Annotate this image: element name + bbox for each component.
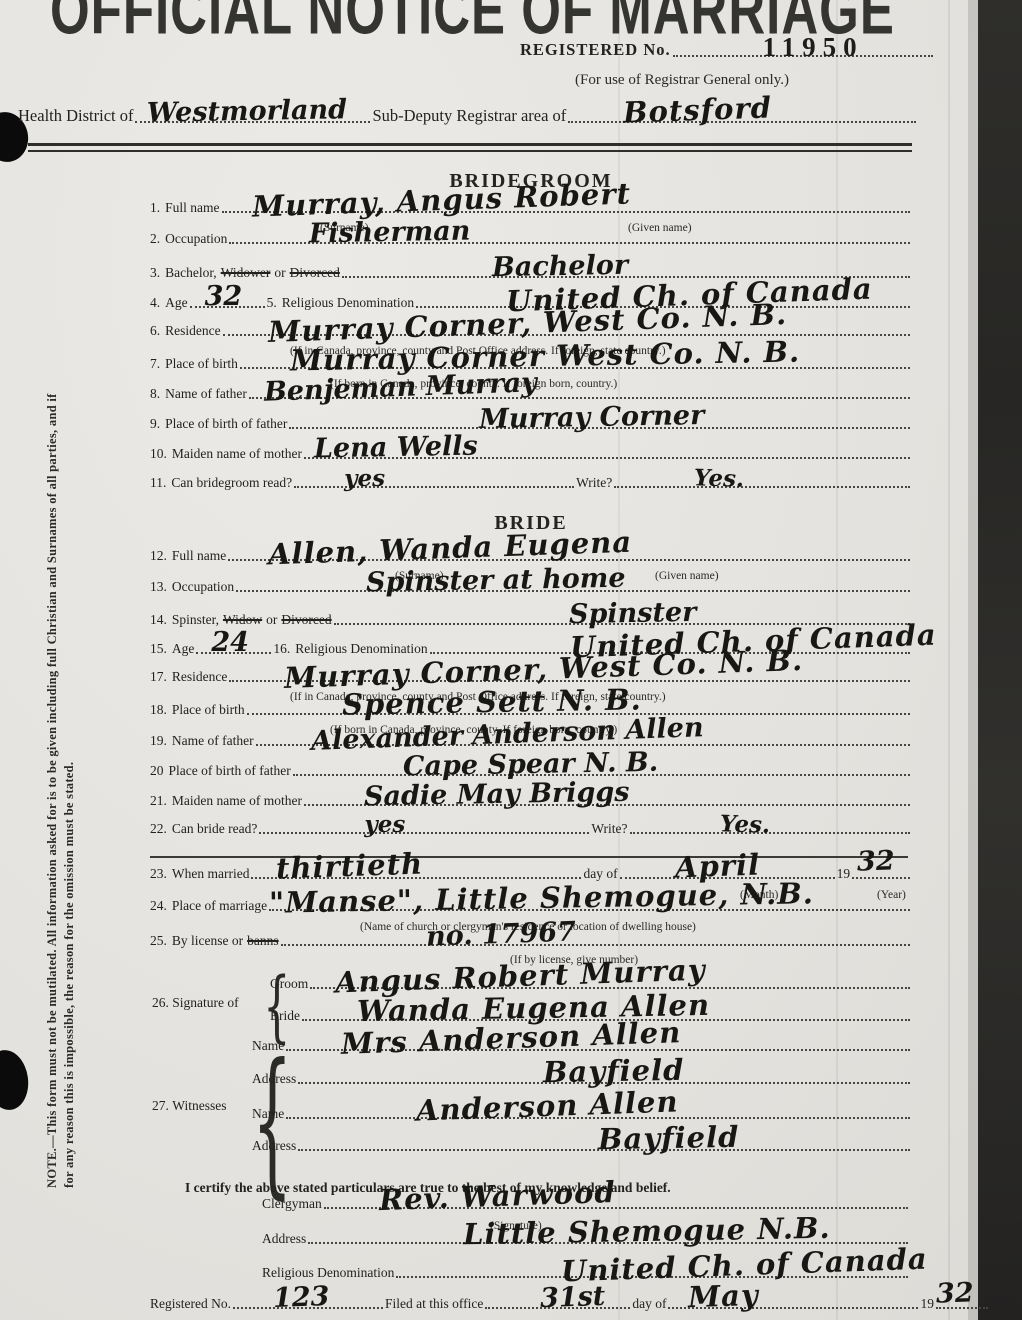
field-line: Cape Spear N. B. [293, 774, 910, 776]
bride-status-value: Spinster [568, 599, 696, 628]
witness-2-name-value: Anderson Allen [416, 1087, 679, 1125]
struck-widower: Widower [221, 265, 271, 281]
field-label: Maiden name of mother [172, 793, 302, 809]
witness-2-address-value: Bayfield [598, 1123, 740, 1154]
bride-read-value: yes [364, 813, 405, 836]
field-label: Can bride read? [172, 821, 257, 837]
field-num: 14. [150, 612, 167, 628]
field-label: Age [172, 641, 195, 657]
groom-occupation-value: Fisherman [309, 218, 471, 248]
field-num: 17. [150, 669, 167, 685]
groom-father-value: Benjeman Murray [263, 369, 537, 406]
field-label: Bachelor, [165, 265, 217, 281]
field-bride-father-birthplace: 20 Place of birth of father Cape Spear N… [150, 763, 912, 779]
license-number-value: no. 17967 [425, 918, 576, 950]
field-num: 10. [150, 446, 167, 462]
field-line: Murray Corner, West Co. N. B. [229, 680, 910, 682]
field-line: Murray Corner, West Co. N. B. [223, 334, 910, 336]
witnesses-label: 27. Witnesses [152, 1098, 226, 1114]
health-district-dotline: Westmorland [135, 121, 370, 123]
field-groom-full-name: 1. Full name Murray, Angus Robert [150, 200, 912, 216]
field-num: 18. [150, 702, 167, 718]
name-label: Name [252, 1038, 284, 1054]
punch-hole-bottom [0, 1047, 32, 1112]
witness-1-address-value: Bayfield [543, 1056, 685, 1087]
field-num: 27. [152, 1098, 169, 1113]
footer-day-of-label: day of [632, 1296, 666, 1312]
field-line: Fisherman [229, 242, 910, 244]
bride-occupation-value: Spinster at home [366, 565, 626, 597]
witness-1-address-row: Address Bayfield [252, 1071, 912, 1087]
field-label: Place of birth [172, 702, 245, 718]
field-line: Allen, Wanda Eugena [228, 559, 910, 561]
registered-dotline: 11950 [673, 55, 933, 57]
field-label: Place of birth [165, 356, 238, 372]
field-bride-father: 19. Name of father Alexander Anderson Al… [150, 733, 912, 749]
field-bride-mother: 21. Maiden name of mother Sadie May Brig… [150, 793, 912, 809]
field-line: United Ch. of Canada [396, 1276, 908, 1278]
field-line: Murray Corner [289, 427, 910, 429]
clergyman-row: Clergyman Rev. Warwood [262, 1196, 910, 1212]
field-line: 123 [233, 1307, 383, 1309]
field-num: 3. [150, 265, 160, 281]
field-num: 20 [150, 763, 164, 779]
field-line: Rev. Warwood [324, 1207, 908, 1209]
field-label: Full name [172, 548, 226, 564]
groom-father-birthplace-value: Murray Corner [479, 402, 705, 433]
field-num: 12. [150, 548, 167, 564]
bride-father-birthplace-value: Cape Spear N. B. [402, 749, 658, 780]
bride-mother-value: Sadie May Briggs [364, 779, 630, 811]
field-bride-full-name: 12. Full name Allen, Wanda Eugena [150, 548, 912, 564]
header-double-rule [28, 143, 912, 152]
scan-edge-band [978, 0, 1022, 1320]
field-line: thirtieth [251, 877, 581, 879]
field-license: 25. By license or banns no. 17967 [150, 931, 912, 949]
field-label: Name of father [172, 733, 254, 749]
field-line: Sadie May Briggs [304, 804, 910, 806]
field-line: Murray Corner West Co. N. B. [240, 367, 910, 369]
denomination-row: Religious Denomination United Ch. of Can… [262, 1265, 910, 1281]
write-label: Write? [576, 475, 612, 491]
field-label: Residence [172, 669, 227, 685]
field-label: Witnesses [172, 1098, 226, 1113]
field-label: Place of marriage [172, 898, 267, 914]
field-num: 26. [152, 995, 169, 1010]
sub-deputy-label: Sub-Deputy Registrar area of [372, 106, 566, 126]
field-label: By license or [172, 933, 243, 949]
field-bride-birthplace: 18. Place of birth Spence Sett N. B. [150, 702, 912, 718]
field-label: Occupation [172, 579, 234, 595]
field-bride-residence: 17. Residence Murray Corner, West Co. N.… [150, 669, 912, 685]
scanned-marriage-form: OFFICIAL NOTICE OF MARRIAGE REGISTERED N… [0, 0, 1022, 1320]
struck-divorced: Divorced [281, 612, 331, 628]
field-num: 1. [150, 200, 160, 216]
clergyman-signature-value: Rev. Warwood [378, 1178, 616, 1215]
field-groom-father: 8. Name of father Benjeman Murray [150, 386, 912, 402]
field-line3: 32 [852, 877, 910, 879]
address-label: Address [252, 1138, 296, 1154]
married-day-word: thirtieth [276, 849, 424, 883]
signature-of-label: 26. Signature of [152, 995, 239, 1011]
field-num: 24. [150, 898, 167, 914]
bride-age-value: 24 [211, 629, 249, 656]
groom-age-value: 32 [205, 283, 243, 310]
field-label2: Religious Denomination [282, 295, 414, 311]
sub-deputy-dotline: Botsford [568, 121, 916, 123]
field-line: 32 [190, 306, 265, 308]
field-bride-literacy: 22. Can bride read? yes Write? Yes. [150, 821, 912, 837]
field-line: Spinster at home [236, 590, 910, 592]
groom-status-value: Bachelor [492, 252, 629, 281]
field-groom-father-birthplace: 9. Place of birth of father Murray Corne… [150, 416, 912, 432]
field-line: Alexander Anderson Allen [256, 744, 910, 746]
bride-birthplace-value: Spence Sett N. B. [341, 685, 641, 719]
field-label: Residence [165, 323, 220, 339]
field-num: 2. [150, 231, 160, 247]
field-line3: May [668, 1307, 918, 1309]
field-label2: Religious Denomination [295, 641, 427, 657]
groom-birthplace-value: Murray Corner West Co. N. B. [290, 338, 801, 376]
field-bride-occupation: 13. Occupation Spinster at home [150, 579, 912, 595]
footer-year-printed: 19 [920, 1296, 934, 1312]
field-label: Can bridegroom read? [171, 475, 292, 491]
field-num2: 16. [273, 641, 290, 657]
field-groom-occupation: 2. Occupation Fisherman [150, 231, 912, 247]
field-line: Spence Sett N. B. [247, 713, 910, 715]
field-num: 4. [150, 295, 160, 311]
filed-day-value: 31st [540, 1283, 606, 1312]
health-district-value: Westmorland [147, 96, 347, 126]
place-of-marriage-value: "Manse", Little Shemogue, N.B. [269, 879, 814, 918]
struck-divorced: Divorced [290, 265, 340, 281]
footer-year-value: 32 [936, 1279, 974, 1307]
field-num: 6. [150, 323, 160, 339]
write-label: Write? [591, 821, 627, 837]
groom-mother-value: Lena Wells [314, 433, 478, 463]
registrar-general-note: (For use of Registrar General only.) [575, 72, 789, 89]
groom-read-value: yes [344, 467, 385, 490]
field-label-mid: or [274, 265, 285, 281]
field-groom-mother: 10. Maiden name of mother Lena Wells [150, 446, 912, 462]
field-line: 24 [196, 652, 271, 654]
sub-deputy-value: Botsford [623, 93, 773, 127]
field-line: Anderson Allen [286, 1117, 910, 1119]
field-label: Name of father [165, 386, 247, 402]
bride-label: Bride [270, 1008, 300, 1024]
struck-widow: Widow [223, 612, 262, 628]
field-label: When married [172, 866, 250, 882]
scan-edge-shadow [968, 0, 978, 1320]
field-num: 8. [150, 386, 160, 402]
struck-banns: banns [247, 933, 279, 949]
field-num: 9. [150, 416, 160, 432]
field-num: 15. [150, 641, 167, 657]
witness-2-name-row: Name Anderson Allen [252, 1106, 912, 1122]
field-line: Benjeman Murray [249, 397, 910, 399]
registered-label: REGISTERED No. [520, 40, 671, 60]
registered-no-line: REGISTERED No. 11950 [520, 40, 935, 60]
field-line4: 32 [936, 1307, 988, 1309]
clergyman-address-value: Little Shemogue N.B. [463, 1214, 831, 1249]
field-label: Place of birth of father [165, 416, 287, 432]
field-line2: 31st [485, 1307, 630, 1309]
field-num: 7. [150, 356, 160, 372]
field-line: Bayfield [298, 1082, 910, 1084]
field-line2: Yes. [630, 832, 910, 834]
field-label: Occupation [165, 231, 227, 247]
footer-month-value: May [688, 1281, 760, 1312]
address-label: Address [262, 1231, 306, 1247]
field-num: 23. [150, 866, 167, 882]
registered-no-stamp: 11950 [763, 34, 864, 61]
field-num: 22. [150, 821, 167, 837]
field-line: Mrs Anderson Allen [286, 1049, 910, 1051]
field-label: Spinster, [172, 612, 219, 628]
field-label: Place of birth of father [169, 763, 291, 779]
field-label-mid: or [266, 612, 277, 628]
field-groom-literacy: 11. Can bridegroom read? yes Write? Yes. [150, 475, 912, 491]
field-label: Maiden name of mother [172, 446, 302, 462]
side-note: NOTE.—This form must not be mutilated. A… [44, 388, 78, 1188]
witness-1-name-row: Name Mrs Anderson Allen [252, 1038, 912, 1054]
groom-label: Groom [270, 976, 308, 992]
field-num: 11. [150, 475, 166, 491]
field-line: yes [294, 486, 574, 488]
field-num2: 5. [267, 295, 277, 311]
field-num: 21. [150, 793, 167, 809]
health-district-line: Health District of Westmorland Sub-Deput… [18, 106, 918, 126]
field-line: yes [259, 832, 589, 834]
address-label: Address [252, 1071, 296, 1087]
field-label: Age [165, 295, 188, 311]
field-line: Lena Wells [304, 457, 910, 459]
field-line2: Yes. [614, 486, 910, 488]
field-num: 19. [150, 733, 167, 749]
field-line: Bayfield [298, 1149, 910, 1151]
name-label: Name [252, 1106, 284, 1122]
footer-row: Registered No. 123 Filed at this office … [150, 1296, 990, 1312]
section-rule [150, 856, 908, 858]
field-line: no. 17967 [281, 944, 910, 946]
field-num: 25. [150, 933, 167, 949]
filed-label: Filed at this office [385, 1296, 483, 1312]
denomination-label: Religious Denomination [262, 1265, 394, 1281]
bride-write-value: Yes. [719, 812, 770, 836]
field-line: Murray, Angus Robert [222, 211, 911, 213]
footer-registered-label: Registered No. [150, 1296, 231, 1312]
field-line: "Manse", Little Shemogue, N.B. [269, 909, 910, 911]
clergyman-label: Clergyman [262, 1196, 322, 1212]
field-num: 13. [150, 579, 167, 595]
groom-write-value: Yes. [694, 466, 745, 490]
health-district-label: Health District of [18, 106, 133, 126]
witness-2-address-row: Address Bayfield [252, 1138, 912, 1154]
field-label: Full name [165, 200, 219, 216]
field-label: Signature of [172, 995, 238, 1010]
footer-registered-value: 123 [273, 1283, 330, 1312]
field-line: Little Shemogue N.B. [308, 1242, 908, 1244]
year-printed: 19 [837, 866, 851, 882]
married-year-value: 32 [857, 847, 895, 875]
field-place-of-marriage: 24. Place of marriage "Manse", Little Sh… [150, 898, 912, 914]
